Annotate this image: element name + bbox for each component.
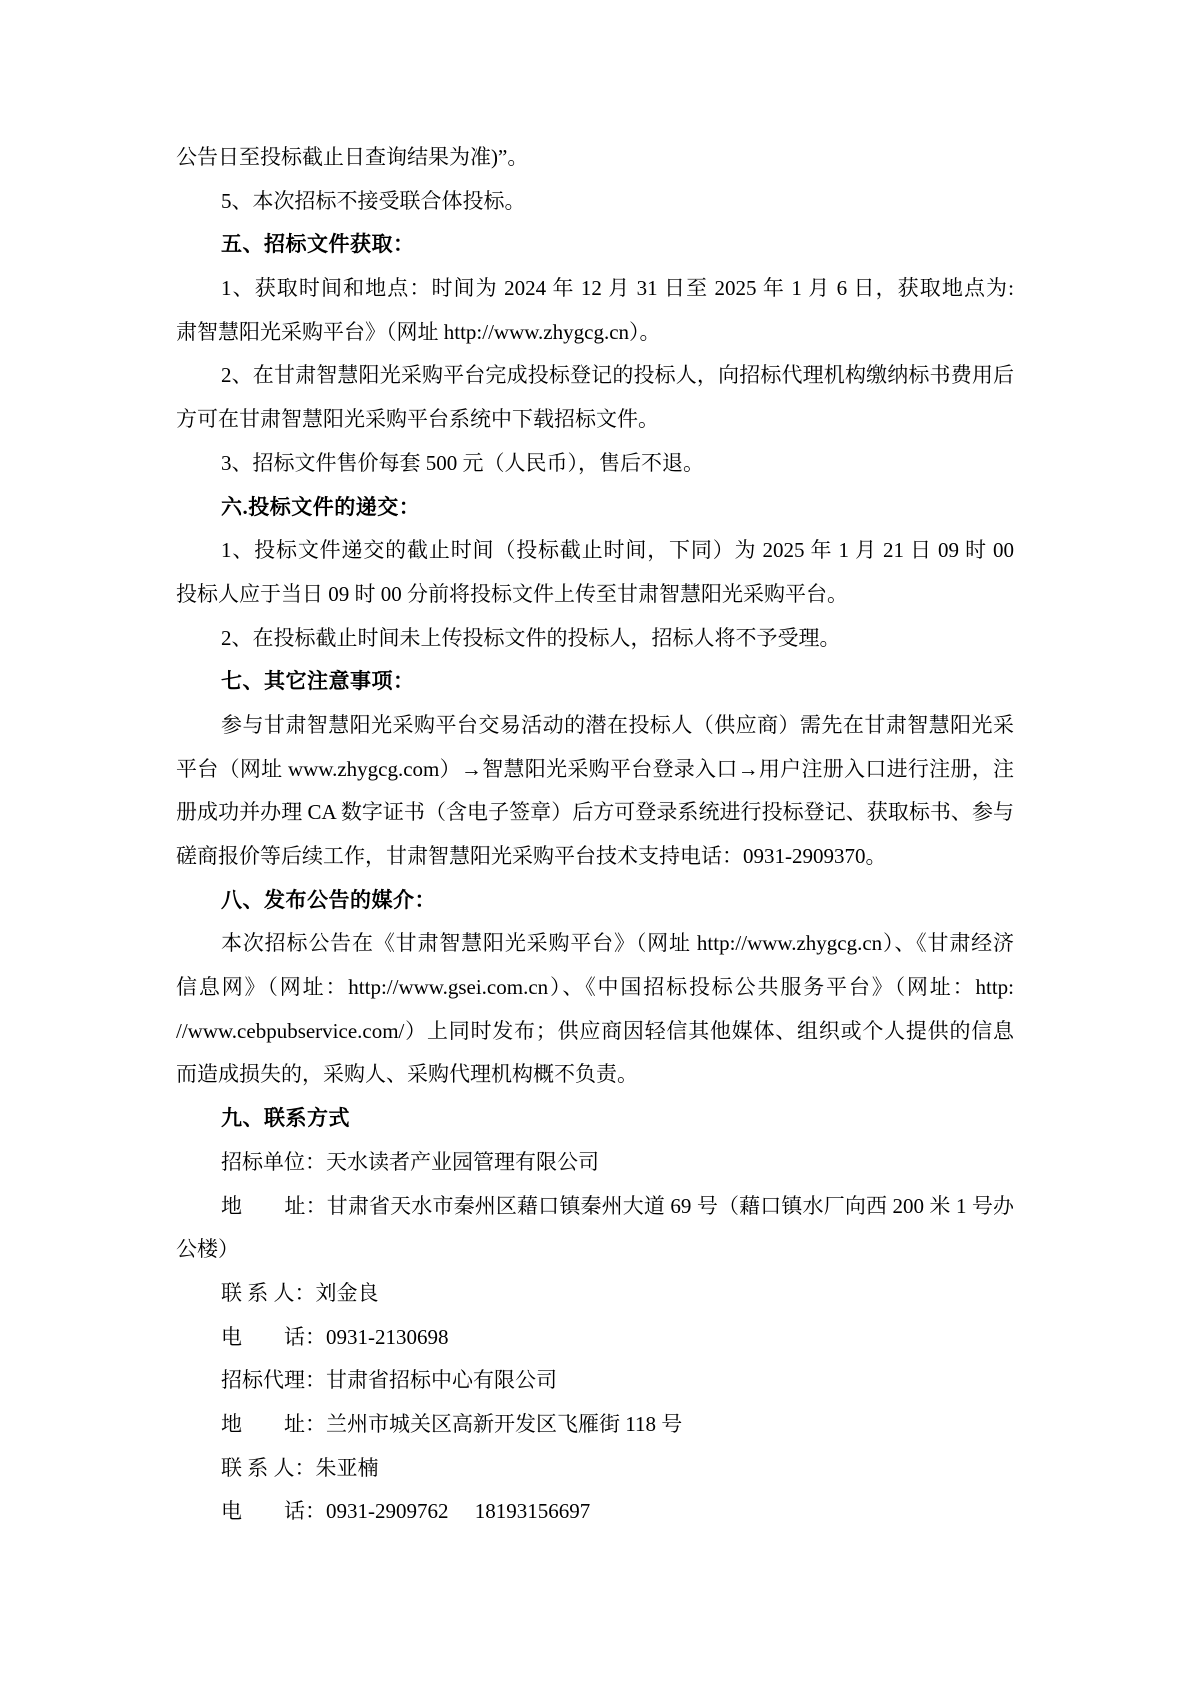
text-line: 联 系 人：刘金良 xyxy=(176,1272,1014,1316)
text-line: 投标人应于当日 09 时 00 分前将投标文件上传至甘肃智慧阳光采购平台。 xyxy=(176,573,1014,617)
text-line: 3、招标文件售价每套 500 元（人民币），售后不退。 xyxy=(176,442,1014,486)
text-line: 2、在甘肃智慧阳光采购平台完成投标登记的投标人，向招标代理机构缴纳标书费用后 xyxy=(176,354,1014,398)
text-line: 1、获取时间和地点：时间为 2024 年 12 月 31 日至 2025 年 1… xyxy=(176,267,1014,311)
text-line: 地 址：甘肃省天水市秦州区藉口镇秦州大道 69 号（藉口镇水厂向西 200 米 … xyxy=(176,1185,1014,1229)
text-line: 联 系 人：朱亚楠 xyxy=(176,1447,1014,1491)
text-line: 地 址：兰州市城关区高新开发区飞雁街 118 号 xyxy=(176,1403,1014,1447)
text-line: //www.cebpubservice.com/）上同时发布；供应商因轻信其他媒… xyxy=(176,1010,1014,1054)
section-heading: 六.投标文件的递交： xyxy=(176,486,1014,530)
text-line: 磋商报价等后续工作，甘肃智慧阳光采购平台技术支持电话：0931-2909370。 xyxy=(176,835,1014,879)
text-line: 本次招标公告在《甘肃智慧阳光采购平台》（网址 http://www.zhygcg… xyxy=(176,922,1014,966)
text-line: 平台（网址 www.zhygcg.com）→智慧阳光采购平台登录入口→用户注册入… xyxy=(176,748,1014,792)
text-line: 册成功并办理 CA 数字证书（含电子签章）后方可登录系统进行投标登记、获取标书、… xyxy=(176,791,1014,835)
text-line: 肃智慧阳光采购平台》（网址 http://www.zhygcg.cn）。 xyxy=(176,311,1014,355)
text-line: 公楼） xyxy=(176,1228,1014,1272)
section-heading: 八、发布公告的媒介： xyxy=(176,879,1014,923)
text-line: 信息网》（网址：http://www.gsei.com.cn）、《中国招标投标公… xyxy=(176,966,1014,1010)
text-line: 公告日至投标截止日查询结果为准)”。 xyxy=(176,136,1014,180)
text-line: 招标代理：甘肃省招标中心有限公司 xyxy=(176,1359,1014,1403)
document-body: 公告日至投标截止日查询结果为准)”。5、本次招标不接受联合体投标。五、招标文件获… xyxy=(176,136,1014,1534)
text-line: 而造成损失的，采购人、采购代理机构概不负责。 xyxy=(176,1053,1014,1097)
text-line: 参与甘肃智慧阳光采购平台交易活动的潜在投标人（供应商）需先在甘肃智慧阳光采购 xyxy=(176,704,1014,748)
text-line: 5、本次招标不接受联合体投标。 xyxy=(176,180,1014,224)
document-page: 公告日至投标截止日查询结果为准)”。5、本次招标不接受联合体投标。五、招标文件获… xyxy=(0,0,1191,1684)
text-line: 电 话：0931-2130698 xyxy=(176,1316,1014,1360)
text-line: 方可在甘肃智慧阳光采购平台系统中下载招标文件。 xyxy=(176,398,1014,442)
text-line: 电 话：0931-2909762 18193156697 xyxy=(176,1490,1014,1534)
section-heading: 五、招标文件获取： xyxy=(176,223,1014,267)
text-line: 2、在投标截止时间未上传投标文件的投标人，招标人将不予受理。 xyxy=(176,617,1014,661)
section-heading: 七、其它注意事项： xyxy=(176,660,1014,704)
text-line: 招标单位：天水读者产业园管理有限公司 xyxy=(176,1141,1014,1185)
text-line: 1、投标文件递交的截止时间（投标截止时间，下同）为 2025 年 1 月 21 … xyxy=(176,529,1014,573)
section-heading: 九、联系方式 xyxy=(176,1097,1014,1141)
